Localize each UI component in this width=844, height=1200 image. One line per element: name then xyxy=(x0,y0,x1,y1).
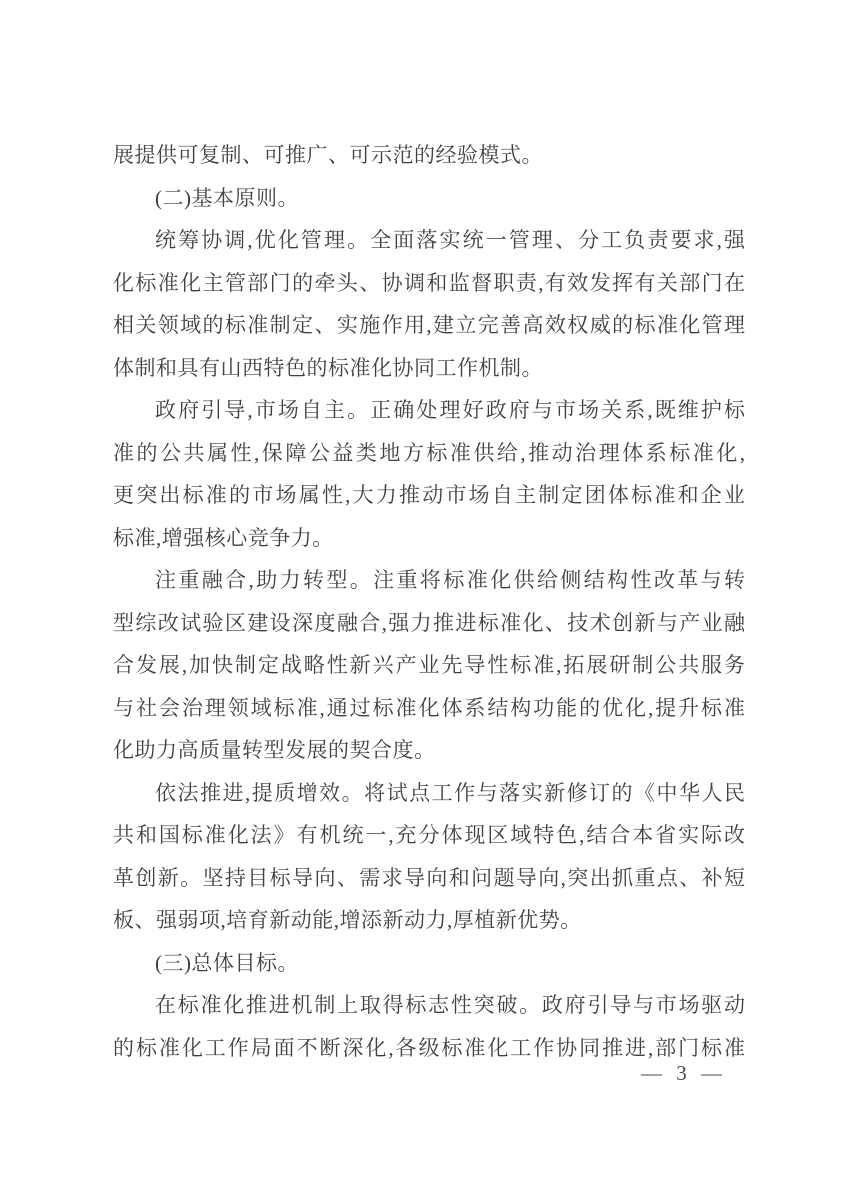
text-line: 准的公共属性,保障公益类地方标准供给,推动治理体系标准化, xyxy=(113,432,745,475)
text-line: 展提供可复制、可推广、可示范的经验模式。 xyxy=(113,134,745,177)
document-page: 展提供可复制、可推广、可示范的经验模式。 (二)基本原则。 统筹协调,优化管理。… xyxy=(0,0,844,1200)
text-line: 依法推进,提质增效。将试点工作与落实新修订的《中华人民 xyxy=(113,772,745,815)
document-body: 展提供可复制、可推广、可示范的经验模式。 (二)基本原则。 统筹协调,优化管理。… xyxy=(113,134,745,1069)
text-line: 更突出标准的市场属性,大力推动市场自主制定团体标准和企业 xyxy=(113,474,745,517)
text-line: 统筹协调,优化管理。全面落实统一管理、分工负责要求,强 xyxy=(113,219,745,262)
section-heading: (二)基本原则。 xyxy=(113,177,745,220)
text-line: 板、强弱项,培育新动能,增添新动力,厚植新优势。 xyxy=(113,899,745,942)
text-line: 合发展,加快制定战略性新兴产业先导性标准,拓展研制公共服务 xyxy=(113,644,745,687)
text-line: 相关领域的标准制定、实施作用,建立完善高效权威的标准化管理 xyxy=(113,304,745,347)
text-line: 型综改试验区建设深度融合,强力推进标准化、技术创新与产业融 xyxy=(113,602,745,645)
text-line: 化标准化主管部门的牵头、协调和监督职责,有效发挥有关部门在 xyxy=(113,262,745,305)
section-heading: (三)总体目标。 xyxy=(113,942,745,985)
text-line: 共和国标准化法》有机统一,充分体现区域特色,结合本省实际改 xyxy=(113,814,745,857)
text-line: 注重融合,助力转型。注重将标准化供给侧结构性改革与转 xyxy=(113,559,745,602)
text-line: 革创新。坚持目标导向、需求导向和问题导向,突出抓重点、补短 xyxy=(113,857,745,900)
text-line: 在标准化推进机制上取得标志性突破。政府引导与市场驱动 xyxy=(113,984,745,1027)
text-line: 标准,增强核心竞争力。 xyxy=(113,517,745,560)
page-number: — 3 — xyxy=(641,1058,723,1088)
text-line: 体制和具有山西特色的标准化协同工作机制。 xyxy=(113,347,745,390)
text-line: 政府引导,市场自主。正确处理好政府与市场关系,既维护标 xyxy=(113,389,745,432)
text-line: 与社会治理领域标准,通过标准化体系结构功能的优化,提升标准 xyxy=(113,687,745,730)
text-line: 化助力高质量转型发展的契合度。 xyxy=(113,729,745,772)
